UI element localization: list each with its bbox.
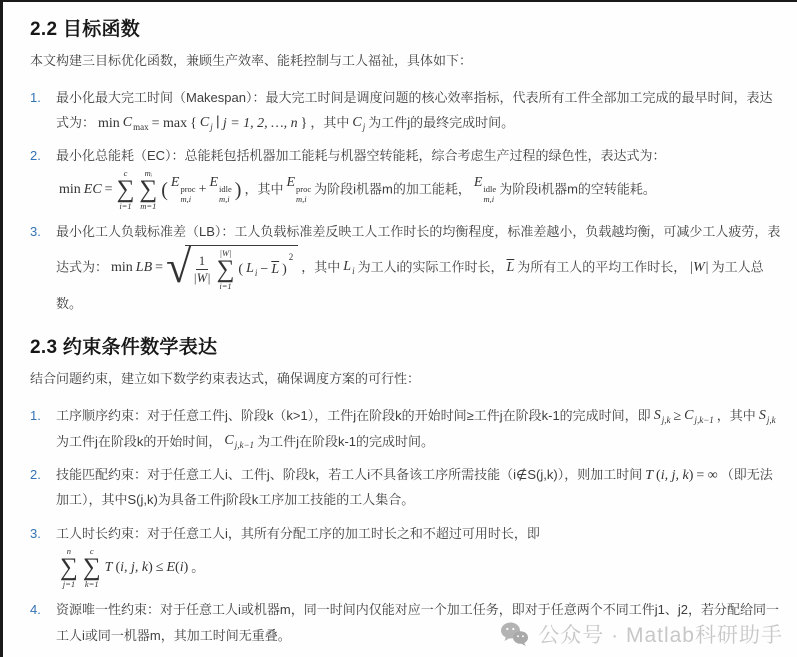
big-sum: c∑k=1	[83, 547, 101, 589]
constraint-item-3: 3. 工人时长约束：对于任意工人i，其所有分配工序的加工时长之和不超过可用时长，…	[30, 521, 783, 590]
formula-eidle: Eidlem,i	[474, 175, 496, 205]
math-token: {	[190, 116, 197, 131]
big-sum: c∑i=1	[117, 169, 135, 211]
sum-lower: j=1	[63, 580, 75, 589]
math-token: T	[105, 560, 113, 575]
math-token: Cmax	[123, 115, 149, 133]
big-sum: mᵢ∑m=1	[139, 169, 157, 211]
sigma-icon: ∑	[117, 178, 135, 202]
constraints-list: 1. 工序顺序约束：对于任意工件j、阶段k（k>1），工件j在阶段k的开始时间≥…	[30, 403, 783, 648]
math-token: = max	[152, 116, 188, 131]
item-text-mid: 为所有工人的平均工作时长，	[517, 259, 686, 274]
math-token: max	[133, 122, 149, 132]
math-token: j	[363, 122, 366, 132]
sigma-icon: ∑	[217, 258, 235, 282]
math-token: min	[98, 116, 120, 131]
math-token: )	[184, 560, 189, 575]
item-content: 工序顺序约束：对于任意工件j、阶段k（k>1），工件j在阶段k的开始时间≥工件j…	[56, 403, 783, 454]
math-token: ≥	[673, 409, 681, 424]
math-token: C	[224, 433, 233, 448]
item-text-mid: ，其中	[310, 115, 349, 130]
math-token: Li	[343, 259, 354, 277]
item-text-pre: 工人时长约束：对于任意工人i，其所有分配工序的加工时长之和不超过可用时长，即	[56, 526, 540, 541]
math-token: )	[282, 262, 287, 277]
math-token: C	[200, 115, 209, 130]
math-token: C	[123, 115, 132, 130]
math-token: i, j, k	[120, 560, 148, 575]
fraction: 1|W|	[193, 254, 210, 286]
math-token: −	[260, 262, 268, 277]
math-token: i, j, k	[661, 468, 689, 483]
square-root: √1|W||W|∑i=1(Li−L)2	[166, 245, 298, 291]
math-token: j	[210, 122, 213, 132]
fraction-numerator: 1	[196, 254, 208, 270]
math-token: min	[59, 182, 81, 197]
item-content: 技能匹配约束：对于任意工人i、工件j、阶段k，若工人i不具备该工序所需技能（i∉…	[56, 462, 783, 513]
math-token: Cj	[352, 115, 365, 133]
math-token: E	[474, 175, 483, 190]
section-2-2-heading: 2.2 目标函数	[30, 14, 783, 41]
sigma-icon: ∑	[60, 556, 78, 580]
formula-cjk1: Cj,k−1	[224, 433, 254, 451]
sigma-icon: ∑	[139, 178, 157, 202]
watermark-text: 公众号 · Matlab科研助手	[538, 619, 783, 649]
math-token: 2	[289, 253, 294, 263]
math-token: idlem,i	[483, 185, 496, 205]
math-token: j = 1, 2, …, n	[223, 116, 298, 131]
math-token: =	[155, 260, 163, 275]
math-token: EC	[84, 182, 102, 197]
math-token: Eprocm,i	[286, 175, 311, 205]
math-token: m,i	[219, 195, 230, 205]
math-token: Eidlem,i	[474, 175, 496, 205]
math-token: S	[759, 408, 766, 423]
item-content: 工人时长约束：对于任意工人i，其所有分配工序的加工时长之和不超过可用时长，即 n…	[56, 521, 783, 590]
math-token: +	[199, 182, 207, 197]
item-text-pre: 技能匹配约束：对于任意工人i、工件j、阶段k，若工人i不具备该工序所需技能（i∉…	[56, 467, 642, 482]
math-token: E	[286, 175, 295, 190]
list-number: 1.	[30, 85, 56, 136]
section-2-3-intro: 结合问题约束，建立如下数学约束表达式，确保调度方案的可行性：	[30, 369, 783, 390]
formula-t-infinity: T(i, j, k)= ∞	[645, 468, 718, 483]
item-text-mid: ，其中	[717, 408, 756, 423]
list-number: 2.	[30, 462, 56, 513]
list-number: 3.	[30, 521, 56, 590]
item-text-pre: 最小化总能耗（EC）：总能耗包括机器加工能耗与机器空转能耗，综合考虑生产过程的绿…	[56, 148, 666, 163]
math-token: ≤	[156, 560, 164, 575]
math-token: )	[235, 179, 242, 201]
math-token: procm,i	[180, 185, 195, 205]
math-token: C	[352, 115, 361, 130]
formula-sjk-geq: Sj,k≥Cj,k−1	[654, 408, 714, 426]
math-token: Sj,k	[654, 408, 671, 426]
sum-lower: m=1	[140, 202, 156, 211]
big-sum: |W|∑i=1	[217, 249, 235, 291]
sum-lower: i=1	[119, 202, 131, 211]
item-text-post: 为阶段i机器m的空转能耗。	[499, 181, 656, 196]
math-token: LB	[136, 260, 152, 275]
math-token: i	[352, 266, 355, 276]
item-text-mid: 为工件j在阶段k的开始时间，	[56, 434, 221, 449]
math-token: (i, j, k)	[115, 560, 152, 575]
math-token: )	[148, 560, 153, 575]
math-token: T	[645, 468, 653, 483]
constraint-item-2: 2. 技能匹配约束：对于任意工人i、工件j、阶段k，若工人i不具备该工序所需技能…	[30, 462, 783, 513]
math-token: )	[689, 468, 694, 483]
math-token: i	[255, 268, 258, 278]
wechat-icon	[499, 620, 529, 648]
math-token: L	[507, 260, 515, 275]
formula-li: Li	[343, 259, 354, 277]
math-token: E	[209, 175, 218, 190]
item-text-mid: 为工人i的实际工作时长，	[358, 259, 504, 274]
math-token: Eprocm,i	[171, 175, 196, 205]
math-token: Eidlem,i	[209, 175, 231, 205]
watermark: 公众号 · Matlab科研助手	[499, 619, 783, 649]
sum-lower: k=1	[85, 580, 99, 589]
formula-lbar: L	[507, 260, 515, 275]
fraction-denominator: |W|	[193, 270, 210, 285]
objective-item-1: 1. 最小化最大完工时间（Makespan）：最大完工时间是调度问题的核心效率指…	[30, 85, 783, 136]
document-page: 2.2 目标函数 本文构建三目标优化函数，兼顾生产效率、能耗控制与工人福祉，具体…	[0, 0, 797, 657]
math-token: L	[246, 261, 254, 276]
math-token: =	[105, 182, 113, 197]
list-number: 4.	[30, 597, 56, 648]
item-text-pre: 工序顺序约束：对于任意工件j、阶段k（k>1），工件j在阶段k的开始时间≥工件j…	[56, 408, 651, 423]
math-token: Cj,k−1	[224, 433, 254, 451]
item-content: 最小化总能耗（EC）：总能耗包括机器加工能耗与机器空转能耗，综合考虑生产过程的绿…	[56, 143, 783, 211]
math-token: Cj,k−1	[684, 408, 714, 426]
item-text-post: 为工件j的最终完成时间。	[368, 115, 514, 130]
item-text-mid: ，其中	[244, 181, 283, 196]
math-token: |W|	[689, 260, 708, 275]
math-token: m,i	[296, 195, 307, 205]
worker-time-formula-block: n∑j=1c∑k=1T(i, j, k)≤E(i)。	[56, 547, 783, 589]
math-token: j,k	[767, 415, 776, 425]
math-token: }	[301, 116, 308, 131]
math-token: E	[171, 175, 180, 190]
formula-sjk: Sj,k	[759, 408, 776, 426]
section-2-2-intro: 本文构建三目标优化函数，兼顾生产效率、能耗控制与工人福祉，具体如下：	[30, 51, 783, 72]
math-token: min	[111, 260, 133, 275]
item-text-mid: ，其中	[301, 259, 340, 274]
radicand: 1|W||W|∑i=1(Li−L)2	[185, 245, 298, 291]
math-token: (i, j, k)	[656, 468, 693, 483]
formula-absw: |W|	[689, 260, 708, 275]
math-token: Sj,k	[759, 408, 776, 426]
math-token: procm,i	[296, 185, 311, 205]
math-token: S	[654, 408, 661, 423]
list-number: 2.	[30, 143, 56, 211]
math-token: j,k−1	[235, 440, 254, 450]
big-sum: n∑j=1	[60, 547, 78, 589]
list-number: 3.	[30, 219, 56, 316]
math-token: Cj	[200, 115, 213, 133]
math-token: m,i	[483, 195, 494, 205]
formula-ec: minEC=c∑i=1mᵢ∑m=1(Eprocm,i+Eidlem,i)	[59, 169, 241, 211]
sum-lower: i=1	[219, 282, 231, 291]
math-token: (	[161, 179, 168, 201]
math-token: E(i)	[166, 560, 188, 575]
objective-item-2: 2. 最小化总能耗（EC）：总能耗包括机器加工能耗与机器空转能耗，综合考虑生产过…	[30, 143, 783, 211]
math-token: j,k	[662, 415, 671, 425]
math-token: C	[684, 408, 693, 423]
formula-cj: Cj	[352, 115, 365, 133]
item-text-post: 为工件j在阶段k-1的完成时间。	[257, 434, 434, 449]
item-content: 最小化工人负载标准差（LB）：工人负载标准差反映工人工作时长的均衡程度，标准差越…	[56, 219, 783, 316]
formula-lb: minLB=√1|W||W|∑i=1(Li−L)2	[111, 245, 298, 291]
formula-sum-t: n∑j=1c∑k=1T(i, j, k)≤E(i)	[59, 547, 188, 589]
constraint-item-1: 1. 工序顺序约束：对于任意工件j、阶段k（k>1），工件j在阶段k的开始时间≥…	[30, 403, 783, 454]
math-token: L	[343, 259, 351, 274]
math-token: idlem,i	[219, 185, 232, 205]
list-number: 1.	[30, 403, 56, 454]
formula-period: 。	[191, 560, 204, 575]
objectives-list: 1. 最小化最大完工时间（Makespan）：最大完工时间是调度问题的核心效率指…	[30, 85, 783, 317]
formula-cmax: minCmax= max{Cj∣j = 1, 2, …, n}	[98, 115, 307, 133]
section-2-3-heading: 2.3 约束条件数学表达	[30, 332, 783, 359]
math-token: E	[166, 560, 175, 575]
item-content: 最小化最大完工时间（Makespan）：最大完工时间是调度问题的核心效率指标，代…	[56, 85, 783, 136]
objective-item-3: 3. 最小化工人负载标准差（LB）：工人负载标准差反映工人工作时长的均衡程度，标…	[30, 219, 783, 316]
formula-eproc: Eprocm,i	[286, 175, 311, 205]
math-token: (	[238, 262, 243, 277]
math-token: Li	[246, 261, 257, 279]
math-token: j,k−1	[694, 415, 713, 425]
math-token: = ∞	[696, 468, 717, 483]
sigma-icon: ∑	[83, 556, 101, 580]
math-token: L	[271, 262, 279, 277]
math-token: m,i	[180, 195, 191, 205]
item-text-mid: 为阶段i机器m的加工能耗，	[314, 181, 471, 196]
math-token: ∣	[216, 116, 220, 131]
radical-icon: √	[166, 244, 191, 290]
